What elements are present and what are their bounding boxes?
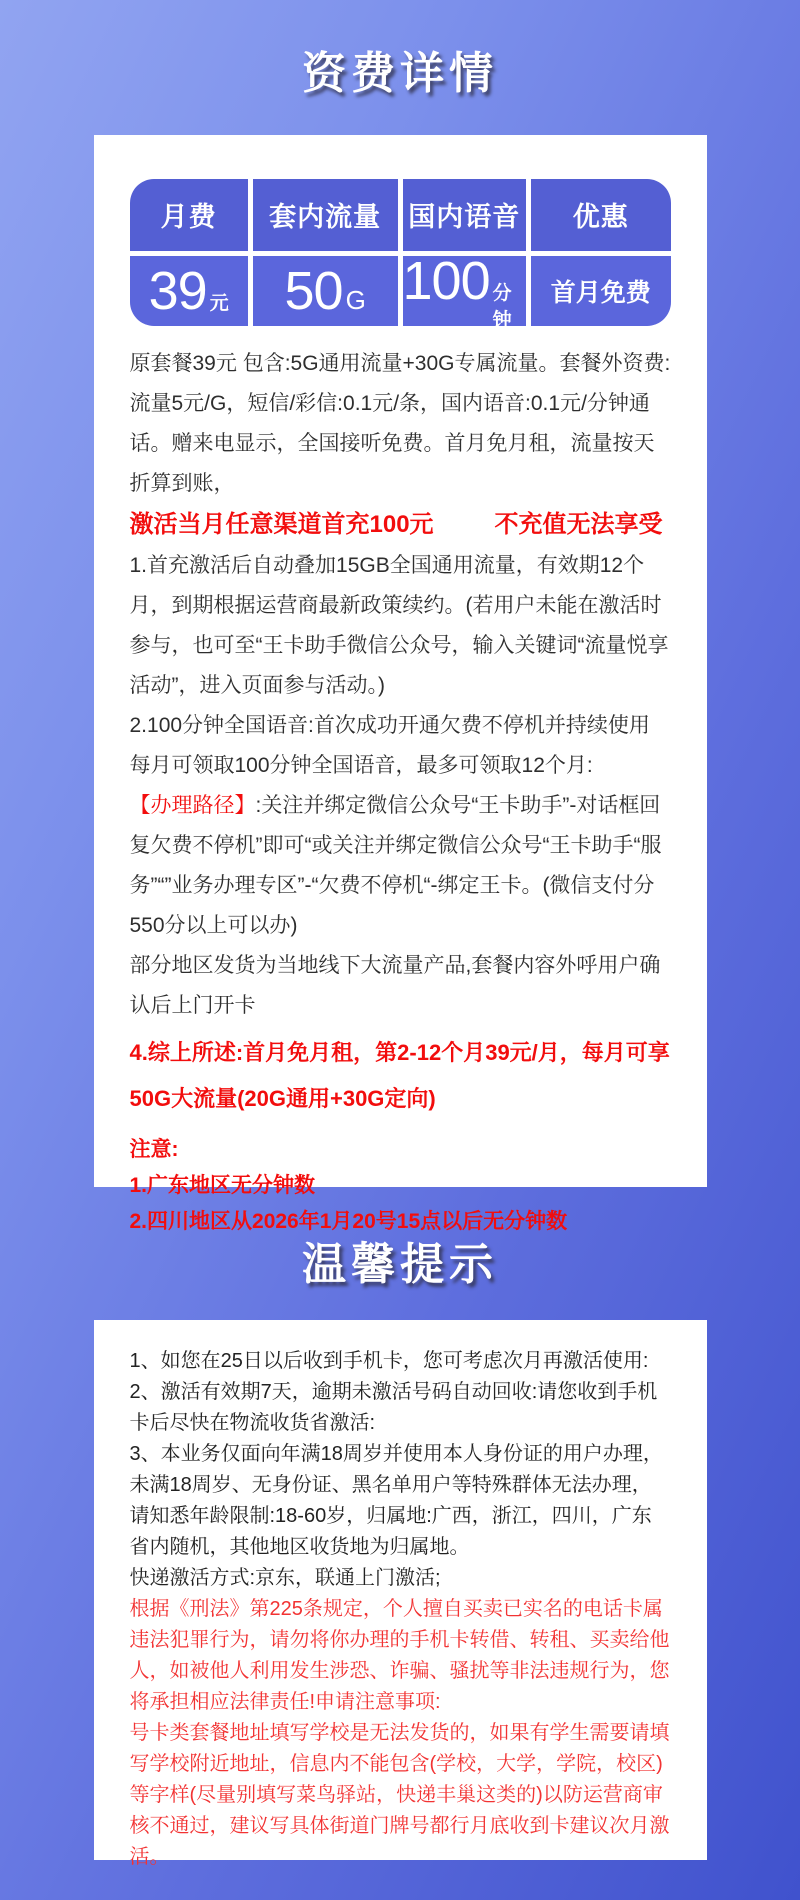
plan-header-promo: 优惠: [531, 179, 670, 251]
tips-card: 1、如您在25日以后收到手机卡，您可考虑次月再激活使用: 2、激活有效期7天，逾…: [94, 1320, 707, 1860]
tariff-card: 月费 套内流量 国内语音 优惠 39 元 50 G 100 分钟: [94, 135, 707, 1187]
handling-path-item: 【办理路径】:关注并绑定微信公众号“王卡助手”-对话框回复欠费不停机”即可“或关…: [130, 786, 671, 946]
tip-item-3: 3、本业务仅面向年满18周岁并使用本人身份证的用户办理，未满18周岁、无身份证、…: [130, 1439, 671, 1563]
monthly-fee-value: 39 元: [149, 260, 229, 322]
plan-header-voice: 国内语音: [403, 179, 527, 251]
tip-item-2: 2、激活有效期7天，逾期未激活号码自动回收:请您收到手机卡后尽快在物流收货省激活…: [130, 1377, 671, 1439]
data-value: 50 G: [285, 260, 366, 322]
legal-warning: 根据《刑法》第225条规定，个人擅自买卖已实名的电话卡属违法犯罪行为，请勿将你办…: [130, 1594, 671, 1718]
tip-item-4: 快递激活方式:京东，联通上门激活;: [130, 1563, 671, 1594]
plan-header-monthly-fee: 月费: [130, 179, 248, 251]
first-charge-requirement: 激活当月任意渠道首充100元: [130, 504, 434, 546]
voice-bonus-item: 2.100分钟全国语音:首次成功开通欠费不停机并持续使用每月可领取100分钟全国…: [130, 706, 671, 786]
plan-header-data: 套内流量: [253, 179, 398, 251]
delivery-note: 部分地区发货为当地线下大流量产品,套餐内容外呼用户确认后上门开卡: [130, 946, 671, 1026]
address-warning: 号卡类套餐地址填写学校是无法发货的，如果有学生需要请填写学校附近地址，信息内不能…: [130, 1718, 671, 1873]
tip-item-1: 1、如您在25日以后收到手机卡，您可考虑次月再激活使用:: [130, 1346, 671, 1377]
first-charge-warning: 不充值无法享受: [495, 504, 663, 546]
handling-path-label: 【办理路径】: [130, 794, 256, 817]
plan-value-data: 50 G: [253, 256, 398, 326]
activation-bonus-item: 1.首充激活后自动叠加15GB全国通用流量，有效期12个月，到期根据运营商最新政…: [130, 546, 671, 706]
plan-value-monthly-fee: 39 元: [130, 256, 248, 326]
plan-details: 原套餐39元 包含:5G通用流量+30G专属流量。套餐外资费:流量5元/G，短信…: [130, 344, 671, 1240]
tariff-section-title: 资费详情: [0, 48, 800, 101]
notice-item-guangdong: 1.广东地区无分钟数: [130, 1168, 671, 1204]
notice-item-sichuan: 2.四川地区从2026年1月20号15点以后无分钟数: [130, 1204, 671, 1240]
plan-value-promo: 首月免费: [531, 256, 670, 326]
plan-table: 月费 套内流量 国内语音 优惠 39 元 50 G 100 分钟: [130, 179, 671, 326]
voice-value: 100 分钟: [403, 250, 527, 332]
plan-summary: 4.综上所述:首月免月租，第2-12个月39元/月，每月可享50G大流量(20G…: [130, 1030, 671, 1122]
plan-description: 原套餐39元 包含:5G通用流量+30G专属流量。套餐外资费:流量5元/G，短信…: [130, 344, 671, 504]
page-background: 资费详情 月费 套内流量 国内语音 优惠 39 元 50 G 100: [0, 0, 800, 1900]
tips-section-title: 温馨提示: [0, 1239, 800, 1292]
plan-value-voice: 100 分钟: [403, 256, 527, 326]
first-charge-highlight: 激活当月任意渠道首充100元 不充值无法享受: [130, 504, 671, 546]
notice-title: 注意:: [130, 1132, 671, 1168]
